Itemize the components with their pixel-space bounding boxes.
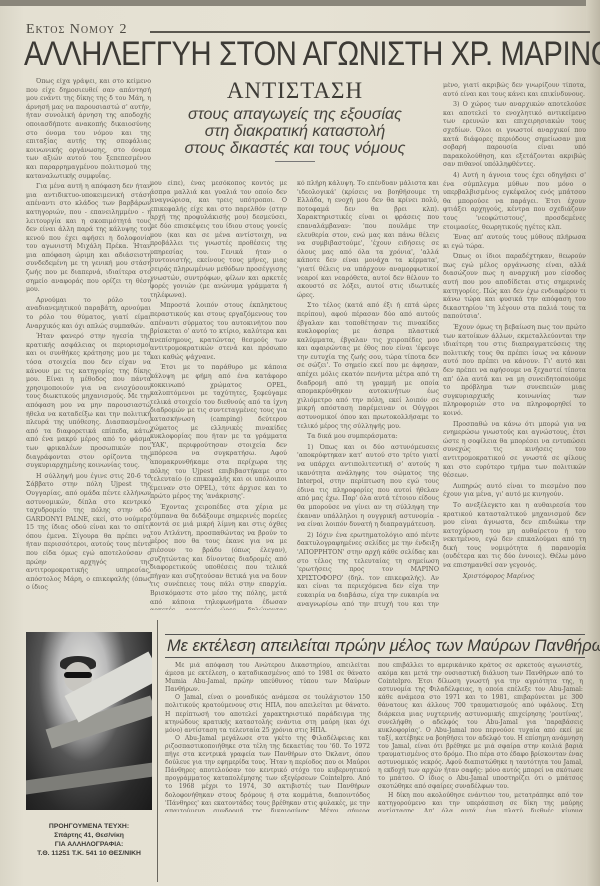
paragraph: Προσπαθώ να κάνω ότι μπορώ για να ενημερ…	[443, 421, 586, 481]
paragraph: Ήταν φανερό στην ηγεσία της κρατικής ασφ…	[26, 333, 151, 471]
subhead-lines: στους απαγωγείς της εξουσίας στη διακρατ…	[150, 106, 440, 157]
subhead-title: ΑΝΤΙΣΤΑΣΗ	[150, 78, 440, 104]
article-column-1: Όπως είχα γράψει, και στο κείμενο που εί…	[26, 78, 151, 600]
bottom-article-column-1: Με μιά απόφαση του Ανώτερου Δικαστηρίου,…	[165, 662, 370, 812]
address-line: ΓΙΑ ΑΛΛΗΛΟΓΡΑΦΙΑ:	[26, 840, 152, 849]
paragraph: Τα δικά μου συμπεράσματα:	[297, 433, 439, 442]
address-line: Τ.Θ. 11251 Τ.Κ. 541 10 ΘΕΣ/ΝΙΚΗ	[26, 849, 152, 858]
photo-paper-shape	[26, 762, 152, 795]
subhead-line: στη διακρατική καταστολή	[150, 123, 440, 140]
paragraph: Το ανεξέλεγκτο και η αυθαιρεσία του κρατ…	[443, 502, 586, 571]
photo	[26, 632, 152, 810]
subhead-rule	[275, 161, 315, 162]
paragraph: 1) Όπως και οι δύο αστυνόμευσεις 'αποκρύ…	[297, 444, 439, 530]
paragraph: μου είπε), ένας μεσόκοπος κοντός με άσπρ…	[150, 180, 287, 300]
paragraph: Η σύλληψή μου έγινε στις 20-6 το Σάββατο…	[26, 473, 151, 593]
paragraph: κό πλήρη κάλυψη. Το επένδυαν μάλιστα και…	[297, 180, 439, 300]
author-signature: Χριστόφορος Μαρίνος	[443, 573, 586, 582]
paragraph: που επιβάλλει το αμερικάνικο κράτος σε α…	[378, 662, 583, 792]
subhead-box: ΑΝΤΙΣΤΑΣΗ στους απαγωγείς της εξουσίας σ…	[150, 78, 440, 162]
paragraph: 2) Ιόχιν ένα ερωτηματολόγιο από πέντε δα…	[297, 532, 439, 610]
paragraph: Για μένα αυτή η απόφαση δεν ήταν μια αντ…	[26, 183, 151, 295]
paragraph: Μπροστά λοιπόν στους έκπληκτους περαστικ…	[150, 302, 287, 362]
bottom-headline-box: Με εκτέλεση απειλείται πρώην μέλος των Μ…	[165, 634, 585, 658]
subhead-line: στους δικαστές και τους νόμους	[150, 140, 440, 157]
newspaper-page: Εκτος Νομου 2 ΑΛΛΗΛΕΓΓΥΗ ΣΤΟΝ ΑΓΩΝΙΣΤΗ Χ…	[0, 0, 600, 886]
paragraph: Ένας απ' αυτούς τους μύθους πλήρωσα κι ε…	[443, 234, 586, 251]
column-divider	[157, 620, 158, 882]
paragraph: Όπως είχα γράψει, και στο κείμενο που εί…	[26, 78, 151, 181]
paragraph: Έχουν όμως τη βεβαίωση πως τον πρώτο των…	[443, 324, 586, 419]
paragraph: Ο Abu-Jamal μεγάλωσε στα γκέτο της Φιλαδ…	[165, 735, 370, 812]
paragraph: Όπως οι ίδιοι παραδέχτηκαν, θεωρούν πως …	[443, 253, 586, 322]
paragraph: 3) Ο χώρος των αναρχικών αποτελούσε και …	[443, 101, 586, 170]
address-line: ΠΡΟΗΓΟΥΜΕΝΑ ΤΕΥΧΗ:	[26, 822, 152, 831]
paragraph: Στο τέλος (κατά από έξι ή επτά ώρες περί…	[297, 302, 439, 431]
paragraph: Λυπηρώς αυτό είναι το πιεσμένο που έχουν…	[443, 483, 586, 500]
paragraph: Η δίκη που ακολούθησε ενάντιον του, μετα…	[378, 792, 583, 813]
section-rule	[150, 31, 590, 33]
page-top-edge	[0, 0, 600, 6]
paragraph: 4) Αυτή η άγνοια τους έχει οδηγήσει σ' έ…	[443, 172, 586, 232]
paragraph: Έχοντας χειροπέδες στα χέρια με τύμπανα …	[150, 504, 287, 610]
bottom-headline: Με εκτέλεση απειλείται πρώην μέλος των Μ…	[165, 635, 572, 657]
page-right-edge	[586, 0, 600, 886]
address-line: Σπάρτης 41, Θεσ/νίκη	[26, 831, 152, 840]
subhead-line: στους απαγωγείς της εξουσίας	[150, 106, 440, 123]
paragraph: Έτσι με το παράθυρο με κάποια κάλυψη με …	[150, 364, 287, 502]
bottom-article-column-2: που επιβάλλει το αμερικάνικο κράτος σε α…	[378, 662, 583, 812]
article-column-3: κό πλήρη κάλυψη. Το επένδυαν μάλιστα και…	[297, 180, 439, 610]
paragraph: Με μιά απόφαση του Ανώτερου Δικαστηρίου,…	[165, 662, 370, 694]
article-column-2: μου είπε), ένας μεσόκοπος κοντός με άσπρ…	[150, 180, 287, 610]
address-box: ΠΡΟΗΓΟΥΜΕΝΑ ΤΕΥΧΗ: Σπάρτης 41, Θεσ/νίκη …	[26, 822, 152, 858]
article-column-4: μένο, γιατί ακριβώς δεν γνωρίζουν τίποτα…	[443, 82, 586, 612]
paragraph: Αρνούμαι το ρόλο του αναδιανεμητικού παρ…	[26, 297, 151, 331]
paragraph: μένο, γιατί ακριβώς δεν γνωρίζουν τίποτα…	[443, 82, 586, 99]
main-headline: ΑΛΛΗΛΕΓΓΥΗ ΣΤΟΝ ΑΓΩΝΙΣΤΗ ΧΡ. ΜΑΡΙΝΟ	[24, 36, 514, 72]
paragraph: Ο Jamal, είναι ο μοναδικός ανάμεσα σε το…	[165, 694, 370, 734]
photo-glasses-shape	[64, 672, 92, 678]
